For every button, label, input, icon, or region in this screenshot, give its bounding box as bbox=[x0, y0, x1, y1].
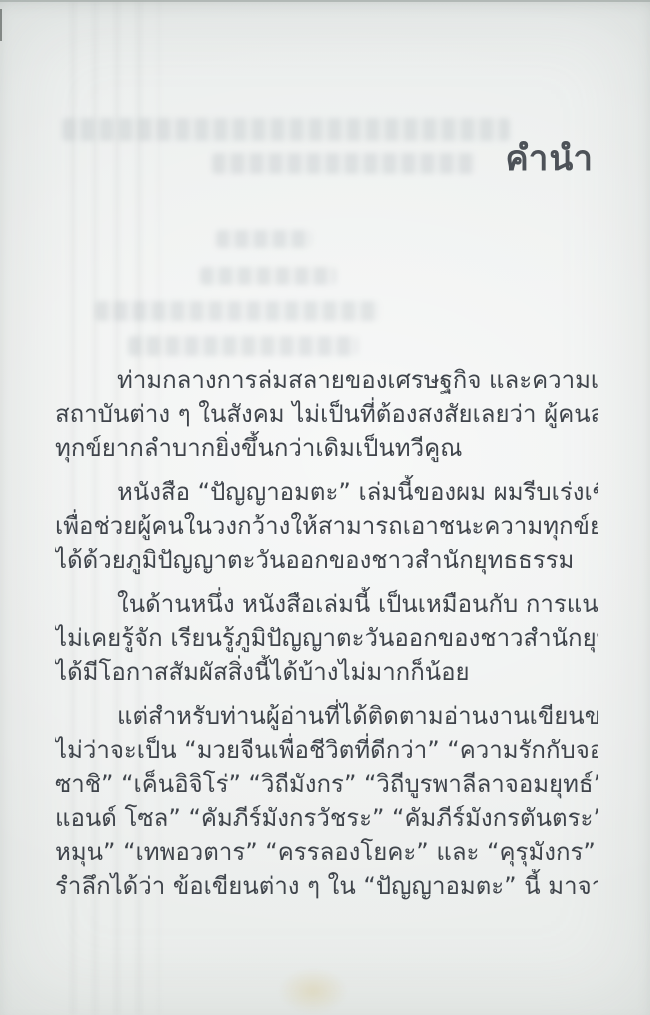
text-line: เพื่อช่วยผู้คนในวงกว้างให้สามารถเอาชนะคว… bbox=[55, 509, 598, 543]
paragraph: ท่ามกลางการล่มสลายของเศรษฐกิจ และความเสื… bbox=[55, 363, 598, 465]
page-title: คำนำ bbox=[505, 131, 594, 186]
text-line: แต่สำหรับท่านผู้อ่านที่ได้ติดตามอ่านงานเ… bbox=[55, 699, 598, 733]
text-line: ในด้านหนึ่ง หนังสือเล่มนี้ เป็นเหมือนกับ… bbox=[55, 587, 598, 621]
scan-edge-artifact bbox=[0, 9, 2, 41]
paragraph: หนังสือ “ปัญญาอมตะ” เล่มนี้ของผม ผมรีบเร… bbox=[55, 475, 598, 577]
book-page: คำนำ ท่ามกลางการล่มสลายของเศรษฐกิจ และคว… bbox=[0, 0, 650, 1015]
text-line: รำลึกได้ว่า ข้อเขียนต่าง ๆ ใน “ปัญญาอมตะ… bbox=[55, 869, 598, 903]
bleedthrough-text bbox=[216, 230, 312, 248]
text-line: ไม่เคยรู้จัก เรียนรู้ภูมิปัญญาตะวันออกขอ… bbox=[55, 621, 598, 655]
bleedthrough-text bbox=[95, 301, 380, 321]
preface-body: ท่ามกลางการล่มสลายของเศรษฐกิจ และความเสื… bbox=[55, 363, 598, 913]
text-line: ได้ด้วยภูมิปัญญาตะวันออกของชาวสำนักยุทธธ… bbox=[55, 543, 598, 577]
text-line: ท่ามกลางการล่มสลายของเศรษฐกิจ และความเสื… bbox=[55, 363, 598, 397]
text-line: หนังสือ “ปัญญาอมตะ” เล่มนี้ของผม ผมรีบเร… bbox=[55, 475, 598, 509]
text-line: แอนด์ โซล” “คัมภีร์มังกรวัชระ” “คัมภีร์ม… bbox=[55, 801, 598, 835]
text-line: ไม่ว่าจะเป็น “มวยจีนเพื่อชีวิตที่ดีกว่า”… bbox=[55, 733, 598, 767]
paragraph: ในด้านหนึ่ง หนังสือเล่มนี้ เป็นเหมือนกับ… bbox=[55, 587, 598, 689]
paper-stain bbox=[278, 968, 348, 1014]
text-line: ได้มีโอกาสสัมผัสสิ่งนี้ได้บ้างไม่มากก็น้… bbox=[55, 655, 598, 689]
text-line: ซาชิ” “เค็นอิจิโร่” “วิถีมังกร” “วิถีบูร… bbox=[55, 767, 598, 801]
bleedthrough-text bbox=[62, 118, 510, 141]
text-line: หมุน” “เทพอวตาร” “ครรลองโยคะ” และ “คุรุม… bbox=[55, 835, 598, 869]
bleedthrough-text bbox=[212, 153, 475, 174]
text-line: สถาบันต่าง ๆ ในสังคม ไม่เป็นที่ต้องสงสัย… bbox=[55, 397, 598, 431]
paragraph: แต่สำหรับท่านผู้อ่านที่ได้ติดตามอ่านงานเ… bbox=[55, 699, 598, 903]
bleedthrough-text bbox=[200, 267, 336, 285]
bleedthrough-text bbox=[128, 336, 358, 356]
scan-top-edge bbox=[0, 0, 650, 2]
text-line: ทุกข์ยากลำบากยิ่งขึ้นกว่าเดิมเป็นทวีคูณ bbox=[55, 431, 598, 465]
